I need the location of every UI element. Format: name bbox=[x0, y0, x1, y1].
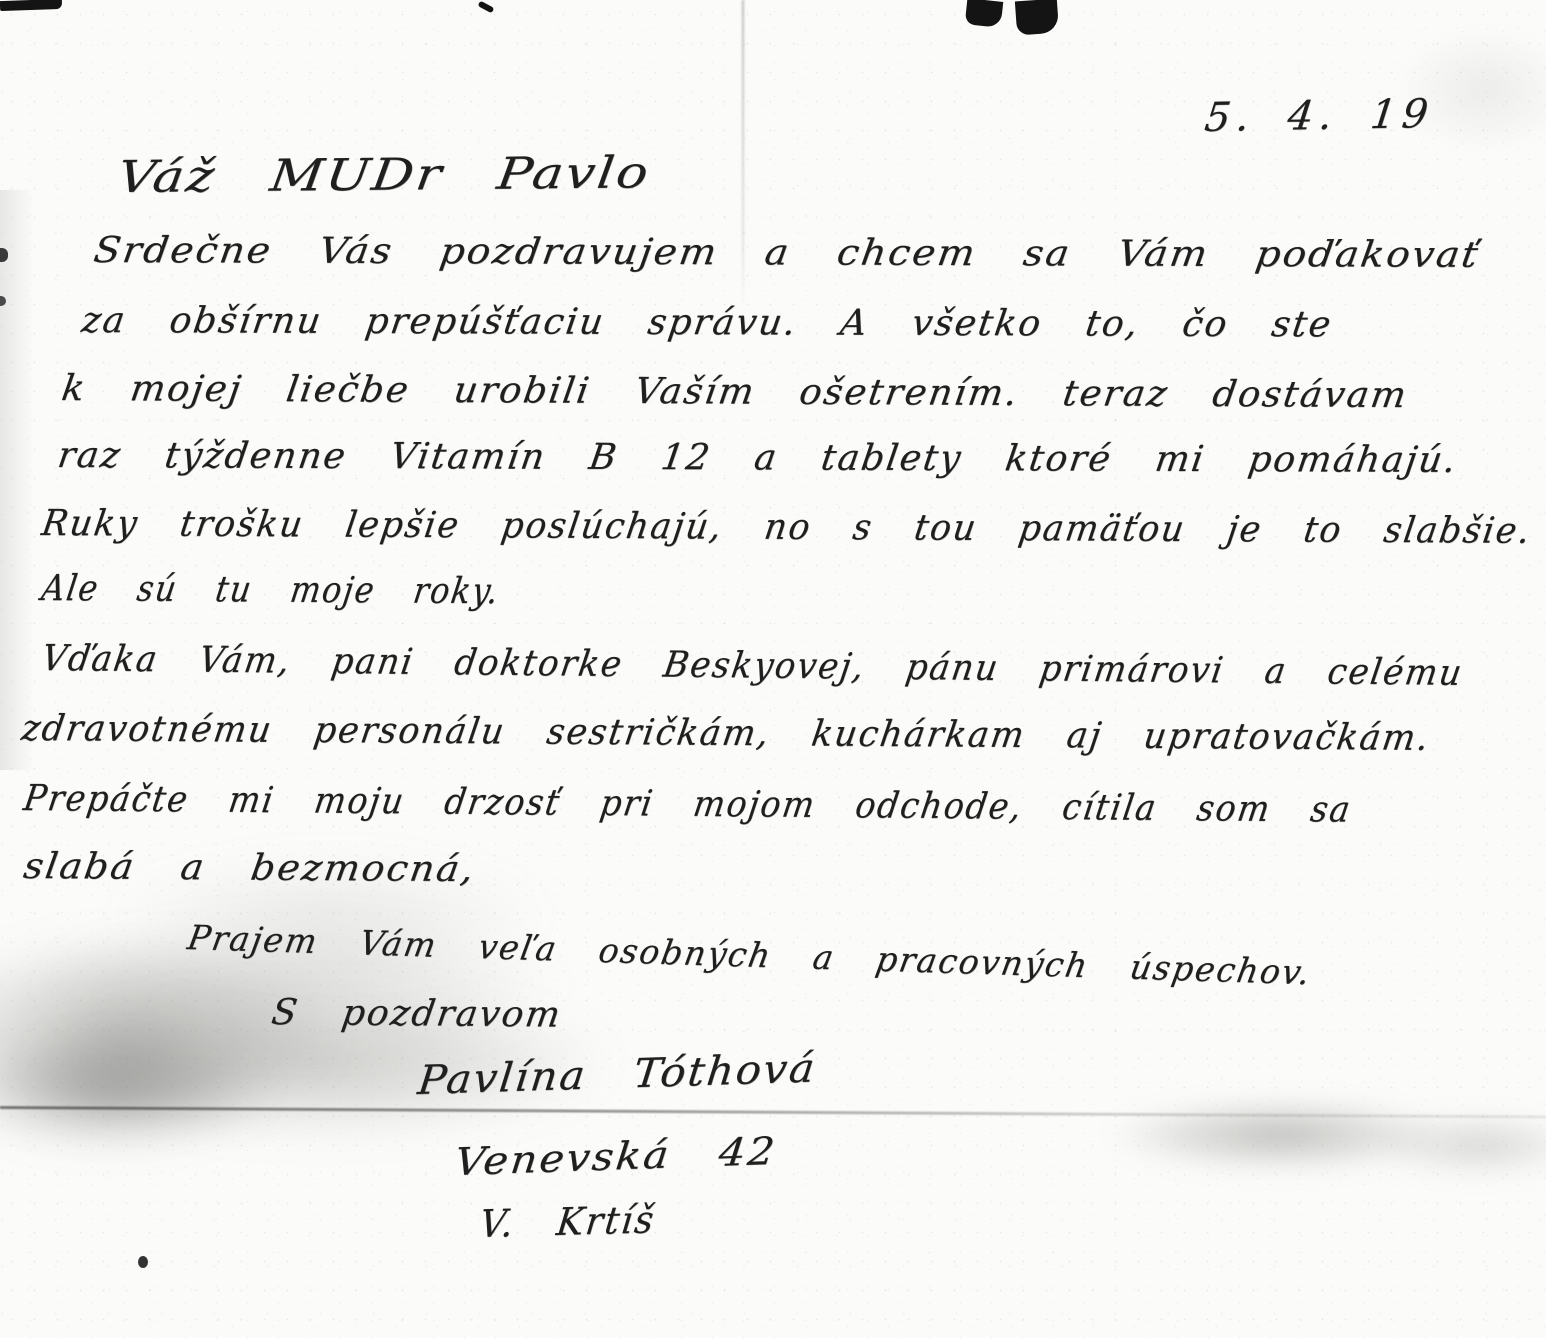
body-line: raz týždenne Vitamín B 12 a tablety ktor… bbox=[55, 435, 1460, 481]
closing-salutation-line: S pozdravom bbox=[269, 992, 565, 1035]
address-street: Venevská 42 bbox=[453, 1129, 779, 1184]
scanned-letter-page: 5. 4. 19 Váž MUDr Pavlo Srdečne Vás pozd… bbox=[0, 0, 1546, 1338]
body-line: za obšírnu prepúšťaciu správu. A všetko … bbox=[79, 300, 1335, 345]
lower-left-smudge bbox=[0, 1030, 270, 1145]
top-edge-blob-mark bbox=[1015, 0, 1059, 35]
lower-left-smudge bbox=[0, 935, 340, 1135]
horizontal-fold-crease bbox=[0, 1106, 1546, 1119]
body-line: zdravotnému personálu sestričkám, kuchár… bbox=[19, 708, 1433, 759]
address-city: V. Krtíš bbox=[477, 1197, 657, 1246]
top-edge-tick-mark bbox=[478, 1, 495, 14]
left-edge-shadow bbox=[0, 190, 34, 770]
top-left-edge-mark bbox=[0, 0, 62, 11]
signature-name: Pavlína Tóthová bbox=[415, 1045, 818, 1104]
body-line: Vďaka Vám, pani doktorke Beskyovej, pánu… bbox=[39, 638, 1466, 694]
body-line: Prepáčte mi moju drzosť pri mojom odchod… bbox=[21, 778, 1354, 831]
right-crease-smudge bbox=[1380, 1115, 1546, 1175]
body-line: Ruky trošku lepšie poslúchajú, no s tou … bbox=[39, 503, 1534, 552]
letter-date: 5. 4. 19 bbox=[1202, 91, 1436, 141]
salutation-line: Váž MUDr Pavlo bbox=[115, 147, 654, 203]
body-line: Srdečne Vás pozdravujem a chcem sa Vám p… bbox=[91, 230, 1482, 276]
body-line: Ale sú tu moje roky. bbox=[39, 568, 503, 612]
body-line: k mojej liečbe urobili Vaším ošetrením. … bbox=[59, 368, 1411, 416]
right-crease-smudge bbox=[1110, 1100, 1450, 1170]
top-edge-blob-mark bbox=[965, 0, 1004, 28]
body-line: slabá a bezmocná, bbox=[21, 846, 478, 890]
closing-wish-line: Prajem Vám veľa osobných a pracovných ús… bbox=[185, 918, 1315, 993]
bottom-left-dot bbox=[138, 1256, 148, 1268]
